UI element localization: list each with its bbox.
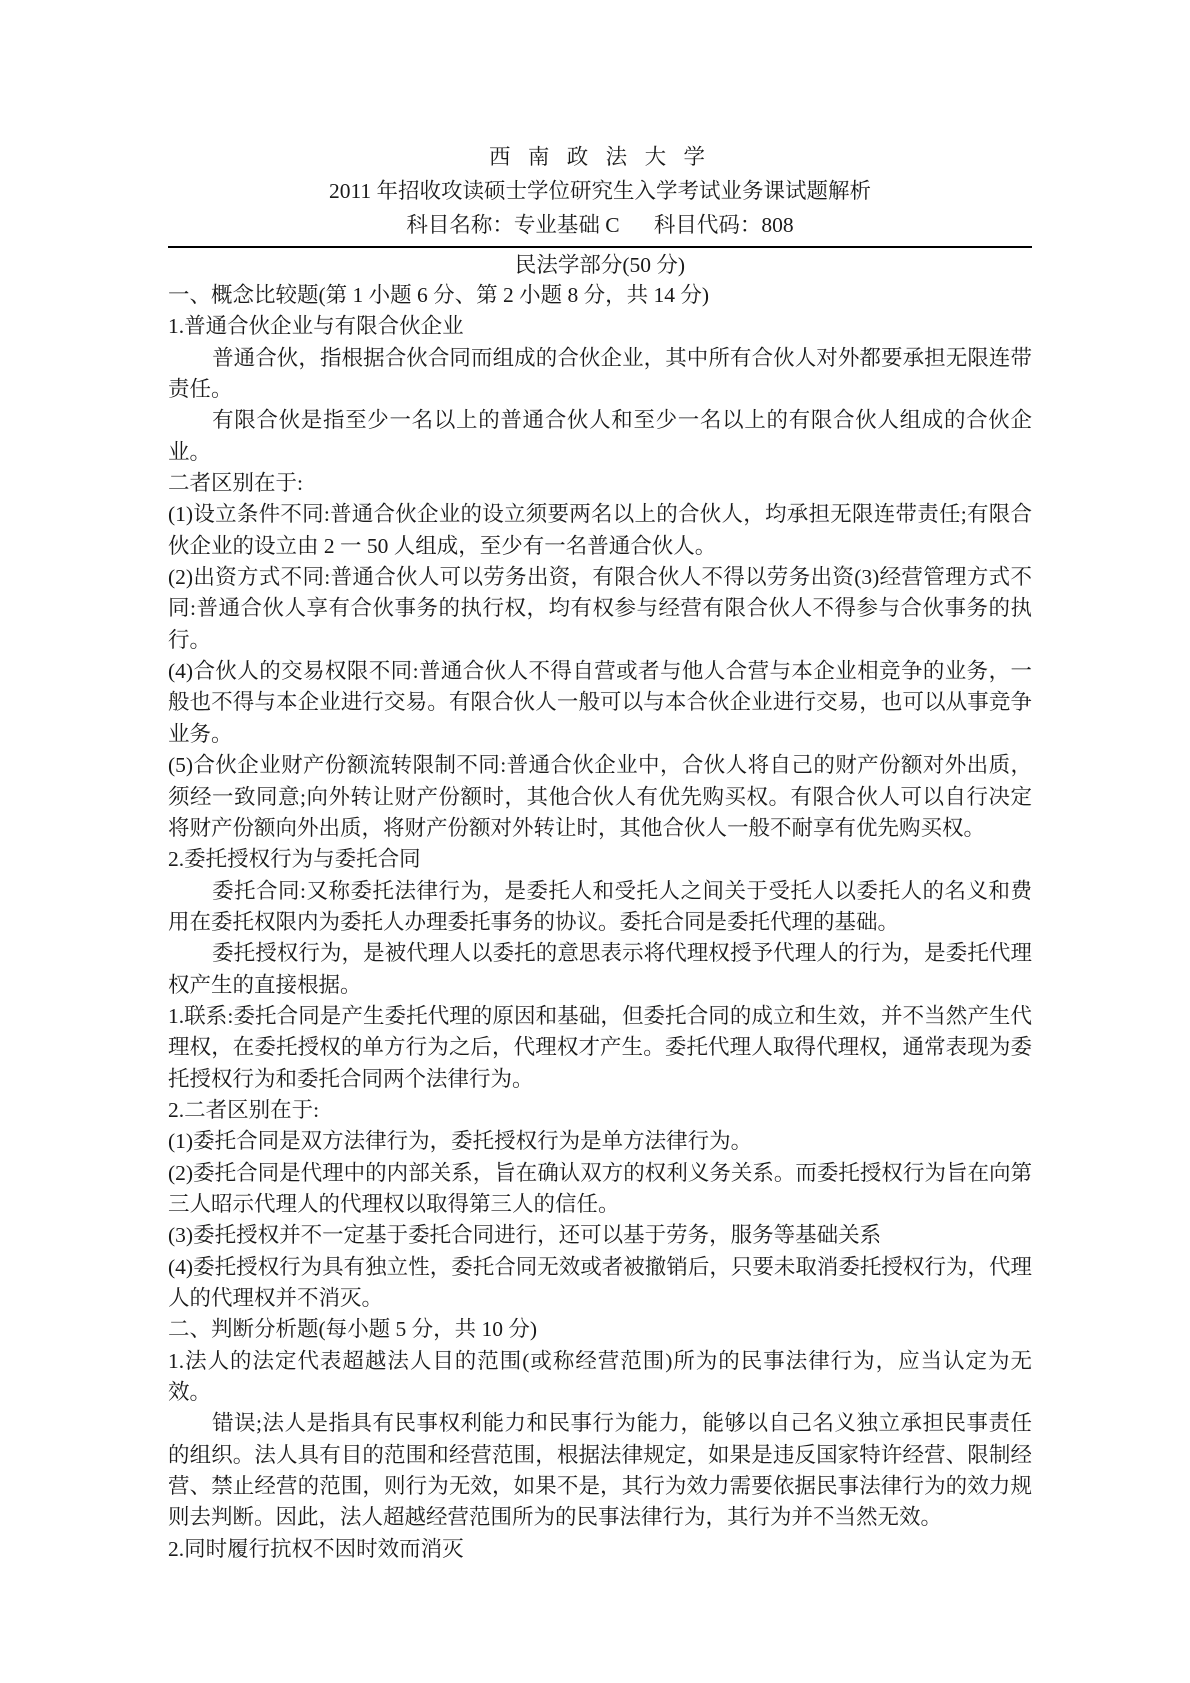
paragraph: (1)设立条件不同:普通合伙企业的设立须要两名以上的合伙人，均承担无限连带责任;… [168,499,1032,562]
paragraph: 普通合伙，指根据合伙合同而组成的合伙企业，其中所有合伙人对外都要承担无限连带责任… [168,343,1032,406]
paragraph: 一、概念比较题(第 1 小题 6 分、第 2 小题 8 分，共 14 分) [168,280,1032,311]
subject-line: 科目名称：专业基础 C科目代码：808 [168,208,1032,242]
paragraph: (2)出资方式不同:普通合伙人可以劳务出资，有限合伙人不得以劳务出资(3)经营管… [168,562,1032,656]
paragraph: 1.普通合伙企业与有限合伙企业 [168,311,1032,342]
paragraph: (5)合伙企业财产份额流转限制不同:普通合伙企业中，合伙人将自己的财产份额对外出… [168,750,1032,844]
section-title: 民法学部分(50 分) [168,248,1032,280]
paragraph: 2.二者区别在于: [168,1095,1032,1126]
paragraph: (1)委托合同是双方法律行为，委托授权行为是单方法律行为。 [168,1126,1032,1157]
document-content: 西 南 政 法 大 学 2011 年招收攻读硕士学位研究生入学考试业务课试题解析… [168,140,1032,1565]
paragraph: 错误;法人是指具有民事权利能力和民事行为能力，能够以自己名义独立承担民事责任的组… [168,1408,1032,1533]
university-title: 西 南 政 法 大 学 [168,140,1032,174]
paragraph: 2.委托授权行为与委托合同 [168,844,1032,875]
paragraph: (3)委托授权并不一定基于委托合同进行，还可以基于劳务，服务等基础关系 [168,1220,1032,1251]
paragraph: (4)合伙人的交易权限不同:普通合伙人不得自营或者与他人合营与本企业相竞争的业务… [168,656,1032,750]
paragraph: 1.联系:委托合同是产生委托代理的原因和基础，但委托合同的成立和生效，并不当然产… [168,1001,1032,1095]
paragraph: 有限合伙是指至少一名以上的普通合伙人和至少一名以上的有限合伙人组成的合伙企业。 [168,405,1032,468]
paragraph: 委托合同:又称委托法律行为，是委托人和受托人之间关于受托人以委托人的名义和费用在… [168,876,1032,939]
paragraph: (2)委托合同是代理中的内部关系，旨在确认双方的权利义务关系。而委托授权行为旨在… [168,1158,1032,1221]
subject-code: 科目代码：808 [654,213,794,237]
paragraph: (4)委托授权行为具有独立性，委托合同无效或者被撤销后，只要未取消委托授权行为，… [168,1252,1032,1315]
exam-title: 2011 年招收攻读硕士学位研究生入学考试业务课试题解析 [168,174,1032,208]
exam-document-page: 西 南 政 法 大 学 2011 年招收攻读硕士学位研究生入学考试业务课试题解析… [0,0,1190,1683]
subject-name: 科目名称：专业基础 C [406,213,619,237]
paragraph: 二者区别在于: [168,468,1032,499]
paragraph: 委托授权行为，是被代理人以委托的意思表示将代理权授予代理人的行为，是委托代理权产… [168,938,1032,1001]
paragraph: 1.法人的法定代表超越法人目的范围(或称经营范围)所为的民事法律行为，应当认定为… [168,1346,1032,1409]
document-body: 一、概念比较题(第 1 小题 6 分、第 2 小题 8 分，共 14 分)1.普… [168,280,1032,1565]
paragraph: 二、判断分析题(每小题 5 分，共 10 分) [168,1314,1032,1345]
paragraph: 2.同时履行抗权不因时效而消灭 [168,1534,1032,1565]
